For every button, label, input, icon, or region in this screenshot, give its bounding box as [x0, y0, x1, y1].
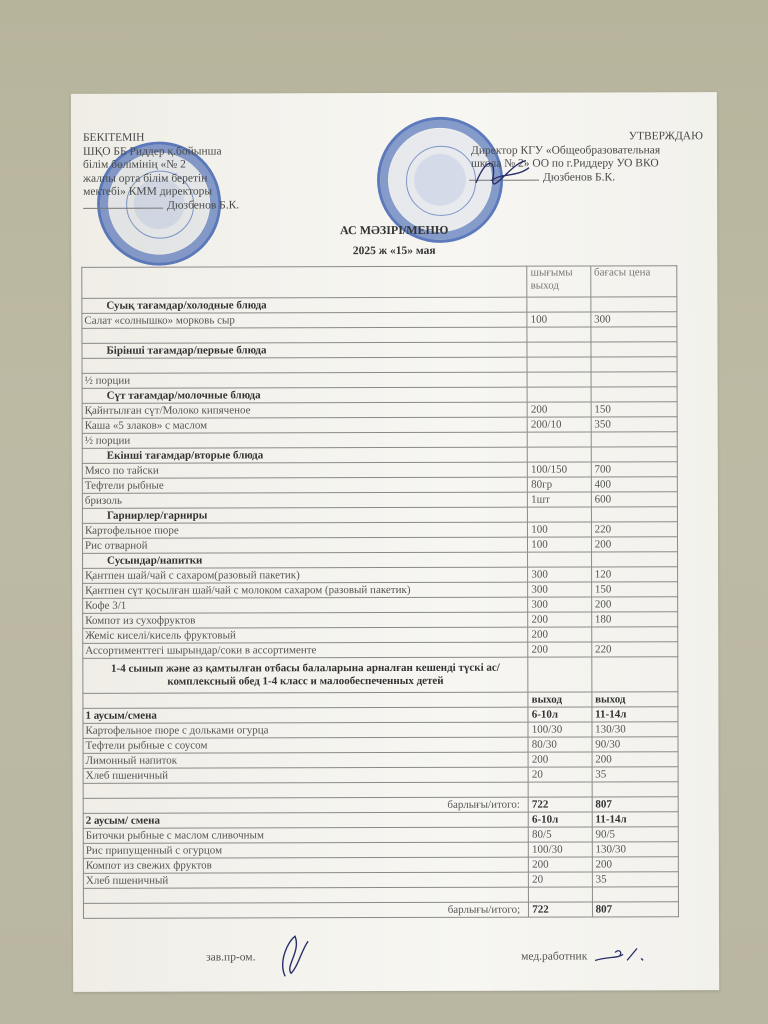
dish-price	[591, 357, 677, 372]
approval-line: мектебі» КММ директоры	[83, 185, 283, 199]
table-row: Қайнтылған сүт/Молоко кипяченое200150	[82, 402, 677, 419]
section-heading: Сусындар/напитки	[83, 552, 528, 568]
dish-name: Қайнтылған сүт/Молоко кипяченое	[82, 402, 527, 418]
dish-output: 80гр	[528, 477, 591, 492]
dish-name: Тефтели рыбные с соусом	[83, 737, 528, 753]
shift-heading: 2 аусым/ смена	[83, 812, 528, 828]
dish-price: 600	[591, 492, 677, 507]
dish-output: 100	[528, 537, 591, 552]
table-row: ½ порции	[82, 372, 677, 389]
dish-name: Компот из свежих фруктов	[83, 857, 528, 873]
dish-name: Салат «солнышко» морковь сыр	[82, 312, 527, 328]
portion-6-10: 100/30	[528, 722, 591, 737]
dish-output	[527, 327, 590, 342]
dish-price: 220	[591, 522, 677, 537]
table-row: Хлеб пшеничный2035	[83, 767, 678, 784]
dish-price: 700	[591, 462, 677, 477]
dish-output: 200	[528, 627, 591, 642]
table-row: Рис отварной100200	[82, 537, 677, 554]
dish-price	[591, 372, 677, 387]
table-row: Кофе 3/1300200	[83, 597, 678, 614]
table-row: Каша «5 злаков» с маслом200/10350	[82, 417, 677, 434]
complex-lunch-heading: 1-4 сынып және аз қамтылған отбасы балал…	[83, 657, 528, 693]
table-row: Суық тағамдар/холодные блюда	[82, 297, 677, 314]
dish-name: Биточки рыбные с маслом сливочным	[83, 827, 528, 843]
portion-11-14: 35	[592, 872, 678, 887]
dish-name: Қантпен шай/чай с сахаром(разовый пакети…	[83, 567, 528, 583]
dish-output	[527, 357, 590, 372]
table-row: ½ порции	[82, 432, 677, 449]
dish-price: 300	[591, 312, 677, 327]
section-heading: Суық тағамдар/холодные блюда	[82, 297, 527, 313]
dish-name: Рис припущенный с огурцом	[83, 842, 528, 858]
dish-output: 100/150	[528, 462, 591, 477]
output-label: выход	[592, 692, 678, 707]
dish-name: Компот из сухофруктов	[83, 612, 528, 628]
dish-price: 200	[591, 597, 677, 612]
dish-output: 1шт	[528, 492, 591, 507]
portion-6-10	[529, 887, 592, 902]
portion-6-10: 200	[529, 857, 592, 872]
total-label: барлығы/итого;	[83, 902, 528, 918]
dish-output: 200	[528, 642, 591, 657]
table-row: бризоль1шт600	[82, 492, 677, 509]
age-group: 11-14л	[592, 707, 678, 722]
dish-price	[591, 627, 677, 642]
menu-document: БЕКІТЕМІН ШҚО ББ Риддер қ.бойынша білім …	[71, 92, 719, 992]
dish-name: Рис отварной	[82, 537, 527, 553]
portion-6-10	[528, 782, 591, 797]
table-cell	[591, 387, 677, 402]
dish-output: 200/10	[527, 417, 590, 432]
portion-11-14: 35	[592, 767, 678, 782]
table-cell	[591, 342, 677, 357]
portion-11-14: 90/5	[592, 827, 678, 842]
dish-output	[527, 432, 590, 447]
table-row: 2 аусым/ смена6-10л11-14л	[83, 812, 678, 829]
dish-output: 300	[528, 597, 591, 612]
portion-6-10: 200	[528, 752, 591, 767]
table-row: Салат «солнышко» морковь сыр100300	[82, 312, 677, 329]
age-group: 6-10л	[528, 812, 591, 827]
portion-6-10: 80/30	[528, 737, 591, 752]
table-row: Қантпен шай/чай с сахаром(разовый пакети…	[83, 567, 678, 584]
table-row: Хлеб пшеничный2035	[83, 872, 678, 889]
dish-price: 220	[591, 642, 677, 657]
dish-price	[591, 432, 677, 447]
table-row: барлығы/итого:722807	[83, 797, 678, 814]
table-row: Компот из сухофруктов200180	[83, 612, 678, 629]
approval-line: жалпы орта білім беретін	[83, 172, 283, 186]
table-row: Рис припущенный с огурцом100/30130/30	[83, 842, 678, 859]
portion-6-10: 20	[529, 872, 592, 887]
table-row: выходвыход	[83, 692, 678, 709]
portion-11-14: 90/30	[592, 737, 678, 752]
approval-line: школа № 2» ОО по г.Риддеру УО ВКО	[421, 157, 711, 171]
total-11-14: 807	[592, 797, 678, 812]
total-6-10: 722	[529, 902, 592, 917]
table-cell	[528, 507, 591, 522]
dish-price: 350	[591, 417, 677, 432]
signer-name: Дюзбенов Б.К.	[543, 171, 615, 183]
dish-output: 200	[527, 402, 590, 417]
table-row: Екінші тағамдар/вторые блюда	[82, 447, 677, 464]
dish-output: 100	[527, 312, 590, 327]
table-row: 1-4 сынып және аз қамтылған отбасы балал…	[83, 657, 678, 694]
dish-name: ½ порции	[82, 372, 527, 388]
approval-line: Директор КГУ «Общеобразовательная	[421, 144, 711, 158]
table-cell	[527, 447, 590, 462]
portion-11-14: 130/30	[592, 842, 678, 857]
portion-6-10: 100/30	[529, 842, 592, 857]
table-row: Ассортименттегі шырындар/соки в ассортим…	[83, 642, 678, 659]
output-label: выход	[528, 692, 591, 707]
table-cell	[527, 342, 590, 357]
approval-line: БЕКІТЕМІН	[83, 131, 283, 145]
table-row: Жеміс кисeлі/кисель фруктовый200	[83, 627, 678, 644]
dish-price: 400	[591, 477, 677, 492]
table-row: Гарнирлер/гарниры	[82, 507, 677, 524]
approval-line: білім бөлімінің «№ 2	[83, 158, 283, 172]
table-cell	[591, 507, 677, 522]
table-row: Компот из свежих фруктов200200	[83, 857, 678, 874]
dish-name	[82, 327, 527, 343]
dish-name: Хлеб пшеничный	[83, 872, 528, 888]
table-row	[83, 782, 678, 799]
portion-11-14: 130/30	[592, 722, 678, 737]
table-cell	[591, 552, 677, 567]
dish-name	[83, 782, 528, 798]
section-heading: Бірінші тағамдар/первые блюда	[82, 342, 527, 358]
table-cell	[528, 657, 592, 692]
total-label: барлығы/итого:	[83, 797, 528, 813]
output-column-header: шығымы выход	[527, 266, 591, 297]
signer-name: Дюзбенов Б.К.	[167, 199, 239, 211]
total-6-10: 722	[528, 797, 591, 812]
footer-right-label: мед.работник	[521, 950, 587, 962]
portion-11-14	[592, 887, 678, 902]
table-row: Сусындар/напитки	[83, 552, 678, 569]
table-row: 1 аусым/смена6-10л11-14л	[83, 707, 678, 724]
dish-name: Қантпен сүт қосылған шай/чай с молоком с…	[83, 582, 528, 598]
approval-block-kazakh: БЕКІТЕМІН ШҚО ББ Риддер қ.бойынша білім …	[83, 131, 283, 213]
age-group: 6-10л	[528, 707, 591, 722]
table-cell	[591, 657, 677, 692]
age-group: 11-14л	[592, 812, 678, 827]
table-cell	[528, 552, 591, 567]
approval-heading: УТВЕРЖДАЮ	[421, 130, 711, 144]
signature-line	[83, 207, 163, 208]
table-row	[82, 327, 677, 344]
table-row: Сүт тағамдар/молочные блюда	[82, 387, 677, 404]
portion-6-10: 20	[528, 767, 591, 782]
dish-name: Хлеб пшеничный	[83, 767, 528, 783]
approval-line: ШҚО ББ Риддер қ.бойынша	[83, 145, 283, 159]
portion-11-14	[592, 782, 678, 797]
table-row: Биточки рыбные с маслом сливочным80/590/…	[83, 827, 678, 844]
footer-left-label: зав.пр-ом.	[206, 951, 255, 963]
approval-block-russian: УТВЕРЖДАЮ Директор КГУ «Общеобразователь…	[421, 130, 711, 185]
menu-table: шығымы выходбағасы ценаСуық тағамдар/хол…	[81, 265, 679, 919]
table-row: Бірінші тағамдар/первые блюда	[82, 342, 677, 359]
dish-name: Тефтели рыбные	[82, 477, 527, 493]
dish-output: 300	[528, 567, 591, 582]
dish-price: 150	[591, 402, 677, 417]
dish-name: бризоль	[82, 492, 527, 508]
section-heading: Екінші тағамдар/вторые блюда	[82, 447, 527, 463]
portion-11-14: 200	[592, 752, 678, 767]
medical-worker-signature-icon	[593, 944, 653, 966]
production-head-signature-icon	[273, 931, 313, 981]
table-cell	[527, 297, 590, 312]
table-row	[82, 357, 677, 374]
dish-name	[82, 357, 527, 373]
dish-price: 200	[591, 537, 677, 552]
table-row: Қантпен сүт қосылған шай/чай с молоком с…	[83, 582, 678, 599]
table-cell	[527, 387, 590, 402]
table-cell	[83, 692, 528, 708]
dish-output: 300	[528, 582, 591, 597]
dish-price	[591, 327, 677, 342]
table-cell	[591, 447, 677, 462]
table-row: шығымы выходбағасы цена	[82, 266, 677, 299]
header-blank	[82, 266, 527, 298]
dish-name: Жеміс кисeлі/кисель фруктовый	[83, 627, 528, 643]
dish-name: Мясо по тайски	[82, 462, 527, 478]
table-row: Картофельное пюре с дольками огурца100/3…	[83, 722, 678, 739]
dish-output	[527, 372, 590, 387]
dish-name: Кофе 3/1	[83, 597, 528, 613]
section-heading: Гарнирлер/гарниры	[82, 507, 527, 523]
page-title: АС МӘЗІРІ/МЕНЮ	[71, 222, 717, 239]
dish-name: Картофельное пюре с дольками огурца	[83, 722, 528, 738]
dish-price: 150	[591, 582, 677, 597]
dish-price: 180	[591, 612, 677, 627]
dish-name: Каша «5 злаков» с маслом	[82, 417, 527, 433]
director-signature-icon	[471, 153, 531, 193]
portion-6-10: 80/5	[528, 827, 591, 842]
shift-heading: 1 аусым/смена	[83, 707, 528, 723]
price-column-header: бағасы цена	[590, 266, 676, 297]
table-row: Тефтели рыбные80гр400	[82, 477, 677, 494]
dish-name	[83, 887, 528, 903]
table-row	[83, 887, 678, 904]
dish-name: ½ порции	[82, 432, 527, 448]
dish-price: 120	[591, 567, 677, 582]
dish-name: Лимонный напиток	[83, 752, 528, 768]
dish-output: 200	[528, 612, 591, 627]
table-row: Картофельное пюре100220	[82, 522, 677, 539]
table-row: Лимонный напиток200200	[83, 752, 678, 769]
section-heading: Сүт тағамдар/молочные блюда	[82, 387, 527, 403]
dish-name: Картофельное пюре	[82, 522, 527, 538]
dish-output: 100	[528, 522, 591, 537]
table-row: Мясо по тайски100/150700	[82, 462, 677, 479]
menu-date: 2025 ж «15» мая	[71, 244, 717, 258]
table-cell	[591, 297, 677, 312]
table-row: Тефтели рыбные с соусом80/3090/30	[83, 737, 678, 754]
portion-11-14: 200	[592, 857, 678, 872]
table-row: барлығы/итого;722807	[83, 902, 678, 919]
dish-name: Ассортименттегі шырындар/соки в ассортим…	[83, 642, 528, 658]
total-11-14: 807	[592, 902, 678, 917]
